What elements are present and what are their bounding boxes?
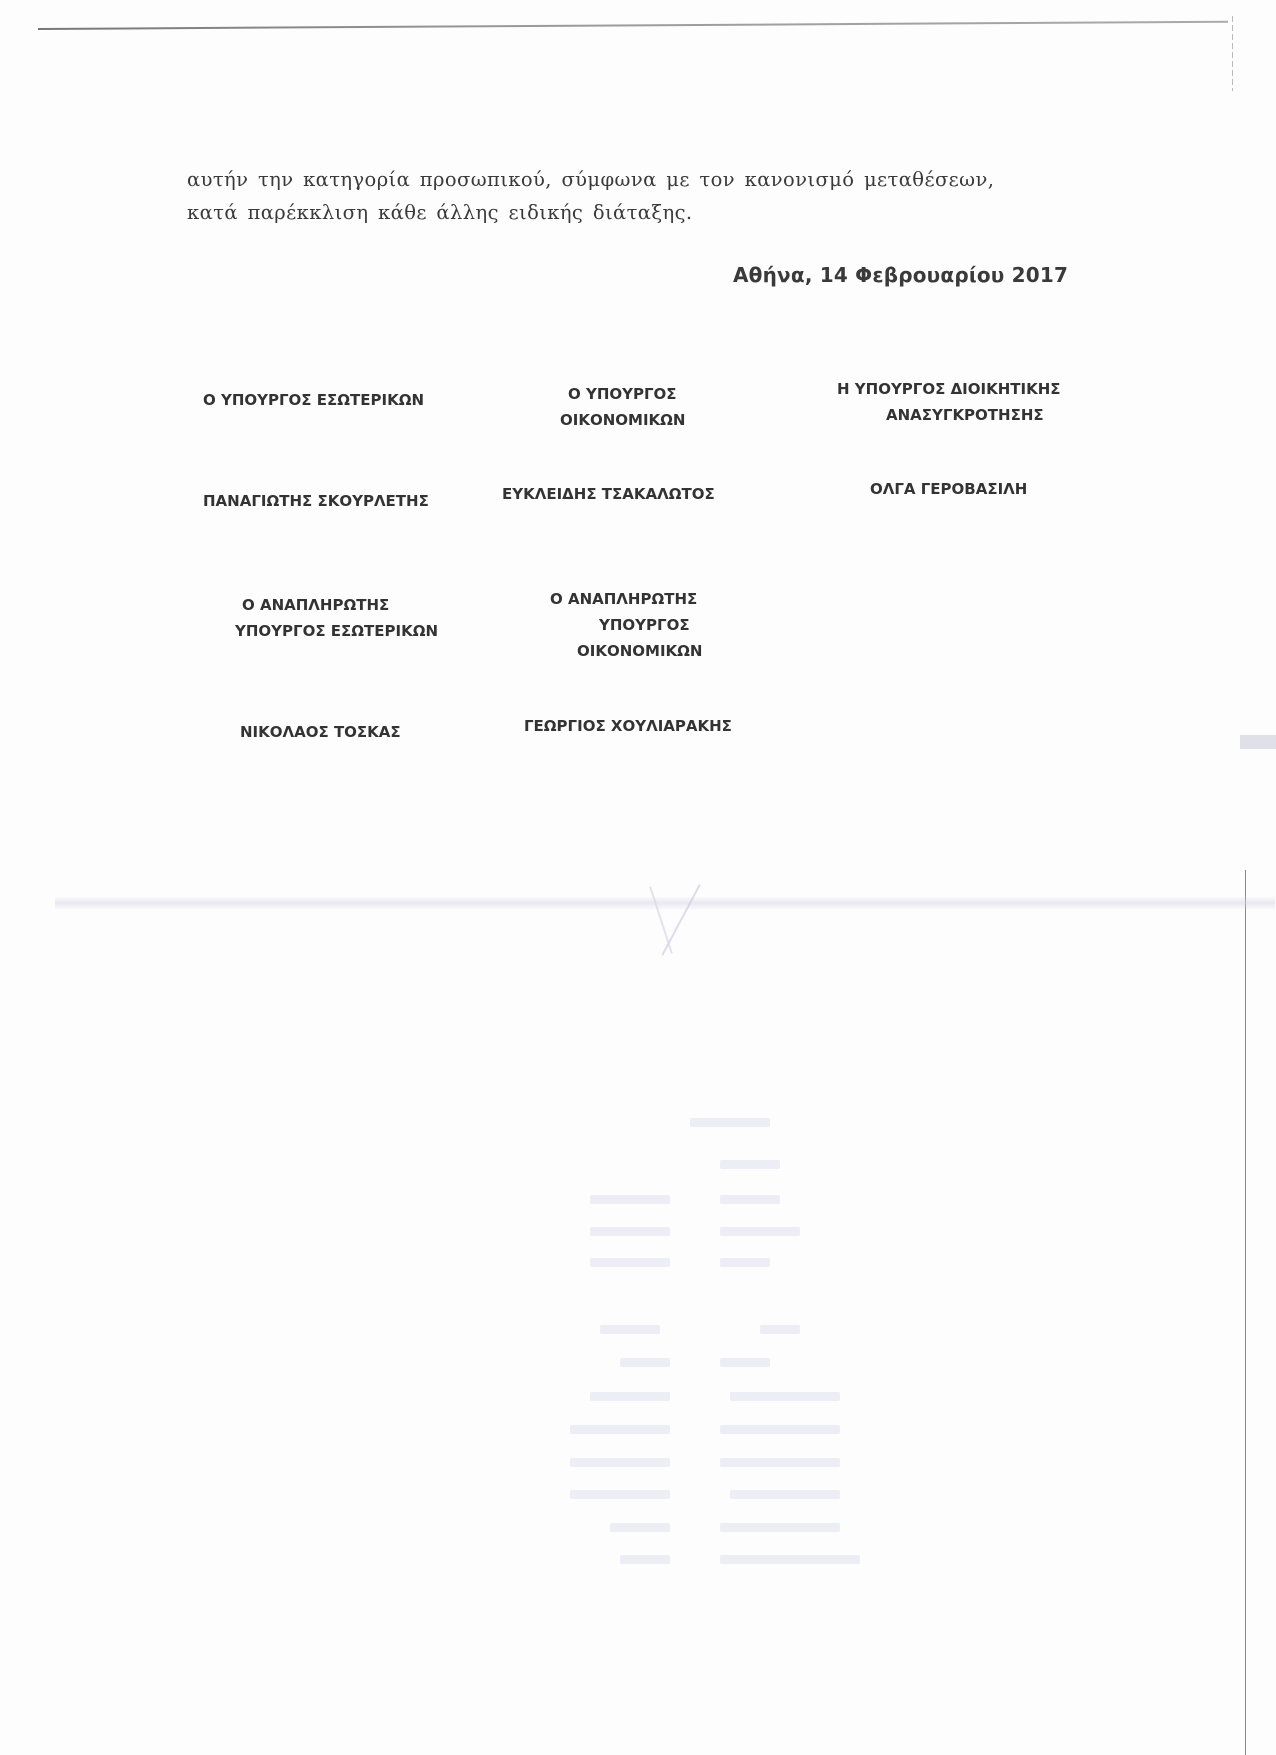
paragraph-line: κατά παρέκκλιση κάθε άλλης ειδικής διάτα… [187,196,1057,229]
paragraph-line: αυτήν την κατηγορία προσωπικού, σύμφωνα … [187,163,1057,196]
paper-fold-crease [55,896,1275,910]
signatory-name: ΟΛΓΑ ΓΕΡΟΒΑΣΙΛΗ [870,476,1027,502]
signatory-name: ΝΙΚΟΛΑΟΣ ΤΟΣΚΑΣ [240,719,401,745]
top-rule-line [38,21,1228,30]
signatory-name: ΕΥΚΛΕΙΔΗΣ ΤΣΑΚΑΛΩΤΟΣ [502,481,715,507]
bleed-through-text [420,1110,960,1580]
scanned-page: αυτήν την κατηγορία προσωπικού, σύμφωνα … [0,0,1276,1755]
signatory-title: Η ΥΠΟΥΡΓΟΣ ΔΙΟΙΚΗΤΙΚΗΣ ΑΝΑΣΥΓΚΡΟΤΗΣΗΣ [837,376,1061,428]
signatory-name: ΓΕΩΡΓΙΟΣ ΧΟΥΛΙΑΡΑΚΗΣ [524,713,732,739]
signatory-title: Ο ΑΝΑΠΛΗΡΩΤΗΣ ΥΠΟΥΡΓΟΣ ΕΣΩΤΕΡΙΚΩΝ [242,592,438,644]
signatory-title: Ο ΥΠΟΥΡΓΟΣ ΟΙΚΟΝΟΜΙΚΩΝ [568,381,685,433]
signatory-title: Ο ΥΠΟΥΡΓΟΣ ΕΣΩΤΕΡΙΚΩΝ [203,387,424,413]
signatory-name: ΠΑΝΑΓΙΩΤΗΣ ΣΚΟΥΡΛΕΤΗΣ [203,488,429,514]
scan-smudge [1240,735,1276,749]
right-margin-line [1245,870,1246,1755]
place-and-date: Αθήνα, 14 Φεβρουαρίου 2017 [733,263,1068,287]
closing-paragraph: αυτήν την κατηγορία προσωπικού, σύμφωνα … [187,163,1057,229]
signatory-title: Ο ΑΝΑΠΛΗΡΩΤΗΣ ΥΠΟΥΡΓΟΣ ΟΙΚΟΝΟΜΙΚΩΝ [550,586,702,664]
right-margin-line-top [1232,16,1233,91]
